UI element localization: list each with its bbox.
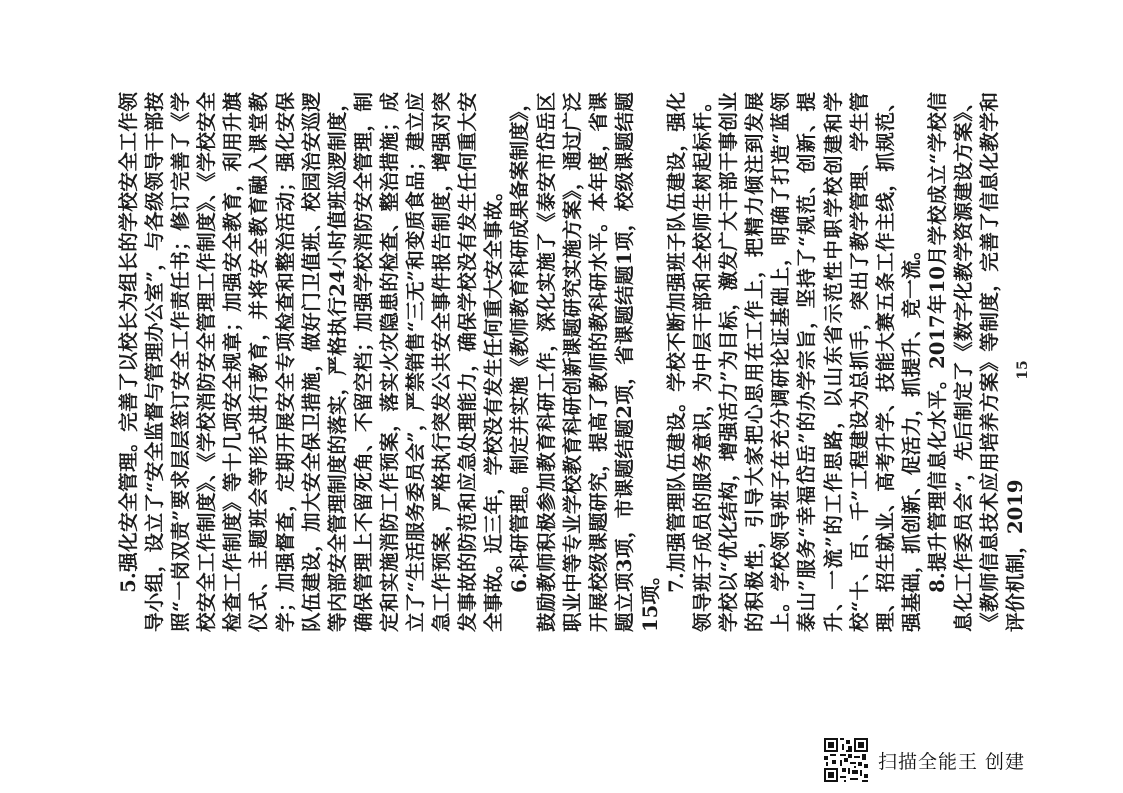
- paragraph-management-team: 7.加强管理队伍建设。学校不断加强班子队伍建设，强化领导班子成员的服务意识，为中…: [664, 92, 925, 632]
- paragraph-research-management: 6.科研管理。制定并实施《教师教育科研成果备案制度》，鼓励教师积极参加教育科研工…: [507, 92, 664, 632]
- watermark-text: 扫描全能王 创建: [878, 747, 1025, 774]
- paragraph-safety-management: 5.强化安全管理。完善了以校长为组长的学校安全工作领导小组，设立了“安全监督与管…: [116, 92, 507, 632]
- scanner-watermark: 扫描全能王 创建: [822, 736, 1025, 784]
- qr-code-icon: [822, 736, 870, 784]
- scanned-page-rotated: 5.强化安全管理。完善了以校长为组长的学校安全工作领导小组，设立了“安全监督与管…: [116, 92, 996, 632]
- page-number: 15: [1011, 355, 1035, 385]
